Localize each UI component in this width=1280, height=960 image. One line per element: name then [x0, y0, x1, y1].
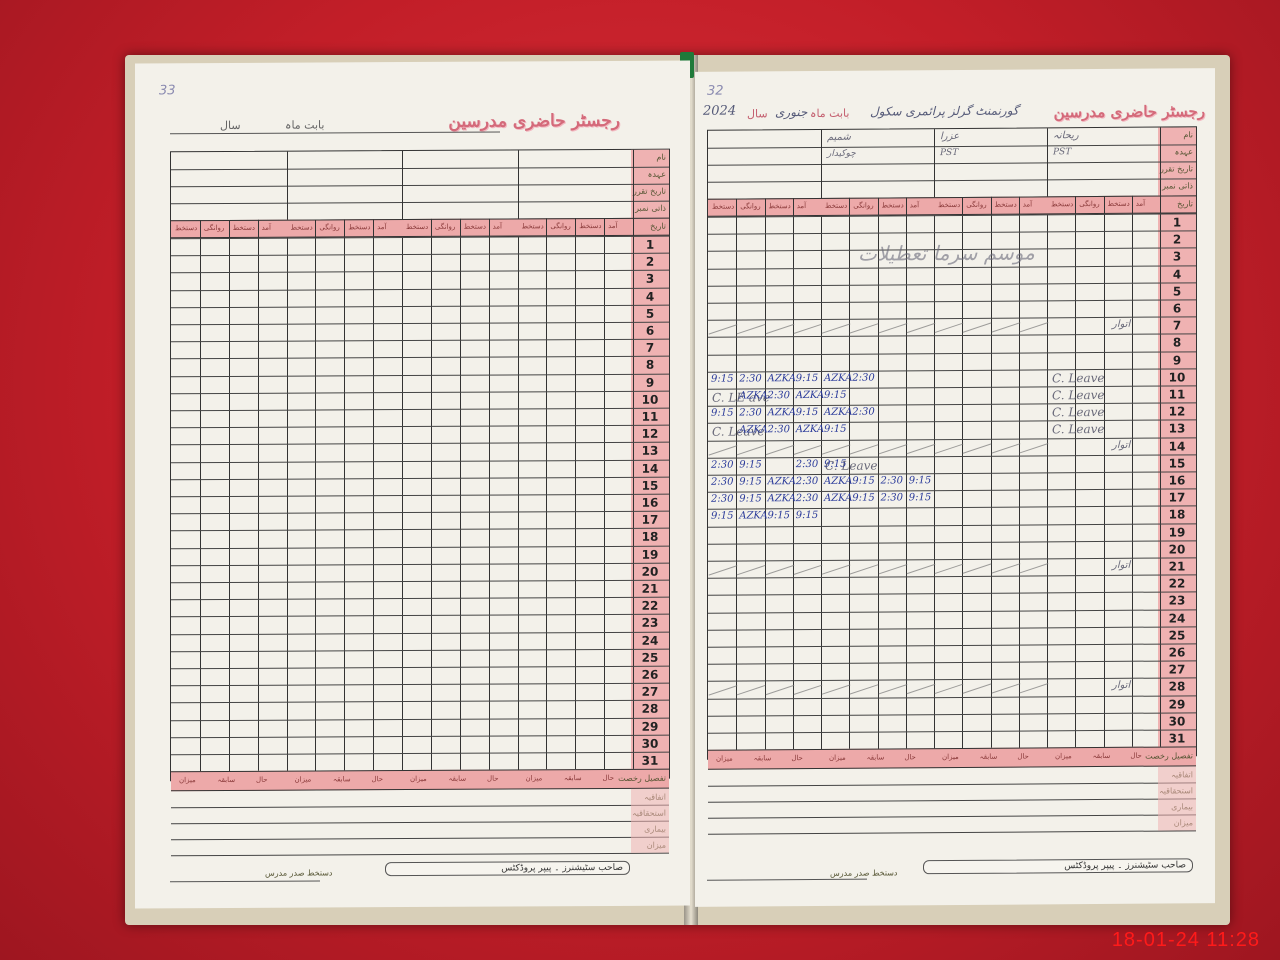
- day-row-line: [171, 390, 669, 394]
- day-row-line: [171, 322, 669, 326]
- column-header: آمد: [262, 224, 271, 232]
- day-number: 3: [632, 272, 668, 286]
- day-number: 13: [1159, 422, 1195, 436]
- summary-header: تفصیل رخصت: [1145, 752, 1193, 761]
- photo-timestamp: 18-01-24 11:28: [1112, 929, 1260, 952]
- day-number: 25: [632, 650, 668, 664]
- day-row-line: [708, 540, 1196, 544]
- row-label: تاریخ تقرر: [1160, 164, 1193, 173]
- day-row-line: [171, 666, 669, 670]
- day-number: 5: [632, 306, 668, 320]
- day-row-line: [171, 476, 669, 480]
- day-number: 22: [1159, 577, 1195, 591]
- column-header: آمد: [1023, 200, 1032, 208]
- grid-line: [171, 184, 669, 188]
- teacher-name: ریحانہ: [1053, 130, 1079, 141]
- day-row-line: [171, 580, 669, 584]
- day-row-line: [171, 597, 669, 601]
- day-number: 16: [632, 496, 668, 510]
- attendance-entry: AZKA: [739, 511, 767, 522]
- signature-label: دستخط صدر مدرس: [830, 868, 898, 877]
- day-row-line: [708, 231, 1196, 235]
- attendance-entry: 9:15: [739, 494, 761, 505]
- attendance-entry: 9:15: [796, 510, 818, 521]
- day-number: 15: [1159, 456, 1195, 470]
- day-row-line: [708, 471, 1196, 475]
- attendance-entry: 2:30: [881, 493, 903, 504]
- year-value: 2024: [703, 104, 736, 119]
- column-header: دستخط: [995, 201, 1017, 209]
- day-row-line: [171, 408, 669, 412]
- day-row-line: [708, 506, 1196, 510]
- summary-column: میزان: [179, 776, 196, 784]
- attendance-entry: 9:15: [796, 373, 818, 384]
- day-row-line: [171, 545, 669, 549]
- summary-row-line: [708, 799, 1196, 803]
- summary-row-line: [171, 853, 669, 857]
- day-number: 12: [1159, 405, 1195, 419]
- attendance-entry: 9:15: [909, 492, 931, 503]
- column-header: دستخط: [348, 223, 370, 231]
- column-header: روانگی: [204, 224, 224, 232]
- attendance-entry: 2:30: [796, 476, 818, 487]
- day-number: 17: [632, 513, 668, 527]
- day-number: 19: [1159, 525, 1195, 539]
- day-row-line: [708, 592, 1196, 596]
- attendance-entry: AZKA: [824, 476, 852, 487]
- month-value: جنوری: [775, 105, 807, 119]
- day-number: 8: [1159, 336, 1195, 350]
- year-label: سال: [747, 107, 768, 120]
- day-number: 3: [1159, 250, 1195, 264]
- month-label: بابت ماہ: [285, 118, 324, 131]
- summary-column: حال: [904, 753, 916, 761]
- day-number: 17: [1159, 491, 1195, 505]
- teacher-name: شمیم: [827, 132, 851, 143]
- day-number: 7: [632, 341, 668, 355]
- column-header: دستخط: [522, 222, 544, 230]
- attendance-entry: 9:15: [824, 390, 846, 401]
- attendance-entry: 9:15: [852, 493, 874, 504]
- day-row-line: [708, 265, 1196, 269]
- column-header: آمد: [608, 222, 617, 230]
- day-number: 28: [1159, 680, 1195, 694]
- day-number: 21: [1159, 559, 1195, 573]
- day-row-line: [708, 489, 1196, 493]
- attendance-entry: 2:30: [768, 425, 790, 436]
- day-number: 6: [1159, 301, 1195, 315]
- sunday-note: اتوار: [1112, 560, 1130, 571]
- day-row-line: [171, 270, 669, 274]
- attendance-entry: 9:15: [739, 476, 761, 487]
- attendance-entry: C. Leave: [1052, 405, 1105, 419]
- day-number: 1: [632, 238, 668, 252]
- day-number: 31: [1159, 731, 1195, 745]
- day-number: 9: [632, 375, 668, 389]
- day-number: 20: [632, 564, 668, 578]
- summary-column: سابقہ: [867, 754, 885, 762]
- attendance-entry: 2:30: [852, 372, 874, 383]
- summary-column: سابقہ: [449, 775, 467, 783]
- teacher-post: PST: [940, 148, 958, 158]
- grid-line: [708, 161, 1196, 165]
- row-label: عہدہ: [648, 170, 666, 179]
- day-number: 27: [1159, 663, 1195, 677]
- signature-line: [170, 880, 320, 882]
- attendance-entry: AZKA: [768, 493, 796, 504]
- day-row-line: [171, 356, 669, 360]
- publisher-box: صاحب سٹیشنرز ۔ پیپر پروڈکٹس: [923, 858, 1193, 874]
- column-header: آمد: [1136, 200, 1145, 208]
- day-row-line: [708, 368, 1196, 372]
- day-row-line: [171, 683, 669, 687]
- day-number: 14: [632, 461, 668, 475]
- page-title: رجسٹر حاضری مدرسین: [1054, 102, 1205, 121]
- attendance-entry: C. Leave: [1052, 422, 1105, 436]
- column-header: دستخط: [291, 224, 313, 232]
- day-row-line: [708, 351, 1196, 355]
- day-row-line: [708, 523, 1196, 527]
- attendance-entry: 2:30: [881, 475, 903, 486]
- summary-column: حال: [256, 776, 268, 784]
- day-row-line: [171, 304, 669, 308]
- summary-column: میزان: [410, 775, 427, 783]
- sunday-note: اتوار: [1112, 319, 1130, 330]
- day-number: 27: [632, 685, 668, 699]
- day-number: 30: [632, 736, 668, 750]
- day-row-line: [171, 631, 669, 635]
- attendance-entry: 2:30: [711, 459, 733, 470]
- attendance-entry: AZKA: [768, 407, 796, 418]
- day-number: 4: [1159, 267, 1195, 281]
- row-label: تاریخ تقرر: [633, 187, 666, 196]
- grid-line: [708, 178, 1196, 182]
- day-row-line: [708, 403, 1196, 407]
- attendance-entry: 9:15: [711, 511, 733, 522]
- summary-column: سابقہ: [218, 776, 236, 784]
- day-number: 4: [632, 289, 668, 303]
- attendance-grid: نامعہدہتاریخ تقررذاتی نمبرتاریخدستخطروان…: [170, 149, 670, 782]
- column-header: آمد: [377, 223, 386, 231]
- day-number: 23: [1159, 594, 1195, 608]
- attendance-entry: 9:15: [711, 408, 733, 419]
- attendance-entry: 9:15: [852, 476, 874, 487]
- column-header: روانگی: [319, 223, 339, 231]
- day-number: 24: [632, 633, 668, 647]
- column-header: دستخط: [406, 223, 428, 231]
- attendance-entry: 9:15: [768, 511, 790, 522]
- day-number: 20: [1159, 542, 1195, 556]
- summary-column: میزان: [942, 753, 959, 761]
- day-row-line: [171, 717, 669, 721]
- summary-column: حال: [487, 775, 499, 783]
- column-header: روانگی: [740, 202, 760, 210]
- day-number: 18: [632, 530, 668, 544]
- day-number: 11: [632, 410, 668, 424]
- day-number: 29: [632, 719, 668, 733]
- attendance-entry: AZKA: [796, 390, 824, 401]
- column-header: آمد: [910, 201, 919, 209]
- attendance-entry: C. Leave: [1052, 371, 1105, 385]
- attendance-entry: 9:15: [909, 475, 931, 486]
- left-page: 33 رجسٹر حاضری مدرسین بابت ماہ سال نامعہ…: [135, 61, 690, 909]
- day-number: 14: [1159, 439, 1195, 453]
- day-row-line: [171, 442, 669, 446]
- day-row-line: [708, 643, 1196, 647]
- attendance-entry: 9:15: [711, 373, 733, 384]
- day-row-line: [171, 373, 669, 377]
- day-number: 23: [632, 616, 668, 630]
- row-label: تاریخ: [1177, 199, 1193, 208]
- summary-column: میزان: [1055, 752, 1072, 760]
- day-row-line: [708, 626, 1196, 630]
- row-label: ذاتی نمبر: [1162, 181, 1193, 190]
- attendance-entry: 2:30: [711, 477, 733, 488]
- attendance-entry: 9:15: [796, 407, 818, 418]
- summary-label-column: [1158, 767, 1196, 831]
- summary-column: سابقہ: [980, 753, 998, 761]
- column-header: روانگی: [1079, 200, 1099, 208]
- attendance-entry: AZKA: [768, 373, 796, 384]
- attendance-entry: 2:30: [796, 459, 818, 470]
- row-label: نام: [656, 153, 666, 162]
- column-header: آمد: [493, 223, 502, 231]
- column-header: دستخط: [1051, 200, 1073, 208]
- teacher-post: چوکیدار: [827, 149, 856, 159]
- day-number: 16: [1159, 473, 1195, 487]
- day-row-line: [708, 729, 1196, 733]
- day-number: 19: [632, 547, 668, 561]
- day-number: 15: [632, 478, 668, 492]
- school-name-field: گورنمنٹ گرلز پرائمری سکول: [870, 104, 1019, 119]
- day-number: 10: [632, 392, 668, 406]
- day-row-line: [171, 648, 669, 652]
- sunday-note: اتوار: [1112, 680, 1130, 691]
- attendance-entry: 2:30: [739, 408, 761, 419]
- column-header: روانگی: [435, 223, 455, 231]
- day-number: 9: [1159, 353, 1195, 367]
- summary-column: سابقہ: [564, 774, 582, 782]
- day-number: 31: [632, 754, 668, 768]
- day-row-line: [708, 712, 1196, 716]
- column-header: دستخط: [233, 224, 255, 232]
- attendance-entry: 2:30: [711, 494, 733, 505]
- summary-row-line: [708, 815, 1196, 819]
- day-row-line: [708, 420, 1196, 424]
- summary-column: میزان: [716, 755, 733, 763]
- day-number: 21: [632, 582, 668, 596]
- column-header: دستخط: [464, 223, 486, 231]
- attendance-entry: 2:30: [796, 493, 818, 504]
- attendance-entry: AZKA: [824, 373, 852, 384]
- summary-row-line: [171, 805, 669, 809]
- day-number: 5: [1159, 284, 1195, 298]
- day-row-line: [171, 528, 669, 532]
- day-row-line: [708, 661, 1196, 665]
- row-label: تاریخ: [650, 222, 666, 231]
- summary-row-line: [708, 831, 1196, 835]
- attendance-entry: AZKA: [824, 407, 852, 418]
- column-header: دستخط: [579, 222, 601, 230]
- day-number: 13: [632, 444, 668, 458]
- row-label: نام: [1183, 130, 1193, 139]
- column-header: روانگی: [853, 202, 873, 210]
- attendance-entry: AZKA: [739, 390, 767, 401]
- column-header: آمد: [797, 202, 806, 210]
- summary-column: میزان: [829, 754, 846, 762]
- summary-column: حال: [1130, 752, 1142, 760]
- day-row-line: [171, 700, 669, 704]
- column-header: دستخط: [1108, 200, 1130, 208]
- attendance-entry: 9:15: [824, 424, 846, 435]
- day-number: 8: [632, 358, 668, 372]
- day-row-line: [171, 253, 669, 257]
- day-row-line: [171, 494, 669, 498]
- day-row-line: [171, 614, 669, 618]
- day-row-line: [171, 562, 669, 566]
- column-header: دستخط: [712, 203, 734, 211]
- row-label: ذاتی نمبر: [635, 204, 666, 213]
- attendance-entry: AZKA: [824, 493, 852, 504]
- attendance-entry: 9:15: [824, 459, 846, 470]
- attendance-entry: C. Leave: [1052, 388, 1105, 402]
- row-label: عہدہ: [1175, 147, 1193, 156]
- attendance-entry: AZKA: [768, 476, 796, 487]
- attendance-entry: 2:30: [852, 407, 874, 418]
- column-header: دستخط: [175, 224, 197, 232]
- column-header: دستخط: [769, 202, 791, 210]
- day-row-line: [171, 339, 669, 343]
- attendance-entry: 9:15: [739, 459, 761, 470]
- page-number: 33: [159, 83, 176, 98]
- day-number: 25: [1159, 628, 1195, 642]
- column-header: روانگی: [550, 222, 570, 230]
- day-row-line: [171, 459, 669, 463]
- summary-header: تفصیل رخصت: [618, 774, 666, 783]
- attendance-grid: نامعہدہتاریخ تقررذاتی نمبرتاریخدستخطروان…: [707, 126, 1197, 759]
- attendance-entry: 2:30: [768, 390, 790, 401]
- month-label: بابت ماہ: [810, 107, 849, 120]
- page-number: 32: [707, 84, 724, 99]
- summary-row-line: [171, 837, 669, 841]
- right-page: 32 رجسٹر حاضری مدرسین گورنمنٹ گرلز پرائم…: [695, 68, 1215, 907]
- day-number: 24: [1159, 611, 1195, 625]
- signature-label: دستخط صدر مدرس: [265, 868, 333, 877]
- holiday-note: موسم سرما تعطیلات: [858, 240, 1035, 265]
- column-header: روانگی: [966, 201, 986, 209]
- day-number: 11: [1159, 387, 1195, 401]
- day-number: 26: [632, 668, 668, 682]
- summary-column: حال: [1017, 753, 1029, 761]
- year-label: سال: [220, 119, 241, 132]
- grid-line: [171, 201, 669, 205]
- day-number: 1: [1159, 215, 1195, 229]
- summary-column: سابقہ: [754, 754, 772, 762]
- publisher-box: صاحب سٹیشنرز ۔ پیپر پروڈکٹس: [385, 861, 630, 876]
- attendance-entry: AZKA: [739, 425, 767, 436]
- day-row-line: [171, 425, 669, 429]
- summary-label-column: [631, 789, 669, 853]
- day-number: 6: [632, 324, 668, 338]
- teacher-name: عزرا: [940, 131, 959, 142]
- column-header: دستخط: [882, 201, 904, 209]
- day-number: 12: [632, 427, 668, 441]
- day-number: 29: [1159, 697, 1195, 711]
- grid-line: [171, 167, 669, 171]
- summary-column: سابقہ: [1093, 752, 1111, 760]
- summary-column: میزان: [526, 775, 543, 783]
- signature-line: [707, 879, 867, 881]
- day-number: 10: [1159, 370, 1195, 384]
- day-number: 30: [1159, 714, 1195, 728]
- day-number: 7: [1159, 319, 1195, 333]
- day-number: 28: [632, 702, 668, 716]
- day-row-line: [171, 287, 669, 291]
- day-row-line: [708, 609, 1196, 613]
- day-row-line: [171, 511, 669, 515]
- page-title: رجسٹر حاضری مدرسین: [448, 111, 620, 132]
- sunday-note: اتوار: [1112, 439, 1130, 450]
- summary-column: حال: [372, 775, 384, 783]
- day-row-line: [171, 752, 669, 756]
- day-row-line: [171, 734, 669, 738]
- summary-column: میزان: [295, 776, 312, 784]
- teacher-post: PST: [1053, 147, 1071, 157]
- summary-row-line: [708, 783, 1196, 787]
- day-number: 22: [632, 599, 668, 613]
- day-number: 2: [632, 255, 668, 269]
- day-row-line: [708, 385, 1196, 389]
- attendance-entry: 2:30: [739, 373, 761, 384]
- summary-column: سابقہ: [333, 776, 351, 784]
- summary-column: حال: [791, 754, 803, 762]
- day-number: 18: [1159, 508, 1195, 522]
- column-header: دستخط: [938, 201, 960, 209]
- day-number: 2: [1159, 233, 1195, 247]
- day-number: 26: [1159, 645, 1195, 659]
- attendance-entry: AZKA: [796, 424, 824, 435]
- day-row-line: [708, 299, 1196, 303]
- summary-row-line: [171, 821, 669, 825]
- summary-column: حال: [603, 774, 615, 782]
- column-header: دستخط: [825, 202, 847, 210]
- day-row-line: [708, 282, 1196, 286]
